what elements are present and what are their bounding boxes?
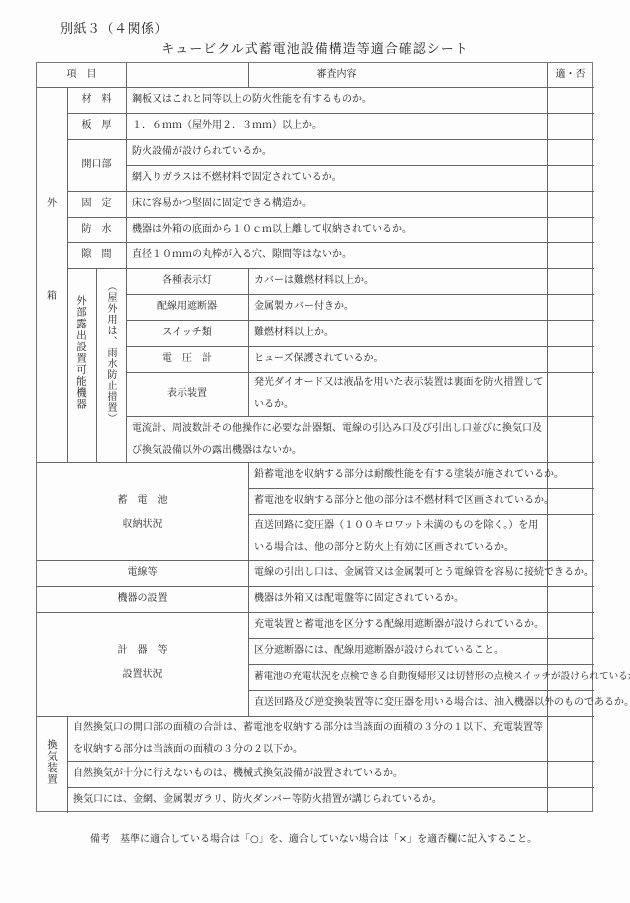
device-display: 表示装置 <box>126 372 248 416</box>
item-opening: 開口部 <box>67 152 126 178</box>
exposed-devices-label: 外部露出設置可能機器 <box>73 295 89 410</box>
content-voltmeter: ヒューズ保護されているか。 <box>254 346 384 372</box>
item-gap: 隙 間 <box>67 242 126 268</box>
col-divider <box>96 268 97 462</box>
section-label-battery-2: 収納状況 <box>37 512 248 538</box>
section-label-outer-bottom: 箱 <box>37 284 67 310</box>
document-title: キュービクル式蓄電池設備構造等適合確認シート <box>0 38 630 57</box>
content-ventilation-1: 自然換気口の開口部の面積の合計は、蓄電池を収納する部分は当該面の面積の３分の１以… <box>73 717 545 761</box>
content-opening-1: 防火設備が設けられているか。 <box>132 139 272 165</box>
item-material: 材 料 <box>67 87 126 113</box>
content-battery-1: 鉛蓄電池を収納する部分は耐酸性能を有する塗装が施されているか。 <box>254 462 564 488</box>
col-divider <box>248 268 249 416</box>
content-meters-3: 蓄電池の充電状況を点検できる自動復帰形又は切替形の点検スイッチが設けられているか… <box>254 664 630 690</box>
exposed-devices-sublabel: （屋外用は、雨水防止措置） <box>102 281 118 424</box>
content-circuit-breaker: 金属製カバー付きか。 <box>254 294 354 320</box>
content-thickness: １．６ｍｍ（屋外用２．３ｍｍ）以上か。 <box>132 113 322 139</box>
section-label-ventilation: 換気装置 <box>44 739 60 785</box>
section-label-battery-1: 蓄 電 池 <box>37 488 248 514</box>
section-label-meters-2: 設置状況 <box>37 662 248 688</box>
item-fixing: 固 定 <box>67 191 126 217</box>
content-other-exposed: 電流計、周波数計その他操作に必要な計器類、電線の引込み口及び引出し口並びに換気口… <box>132 418 544 462</box>
content-indicator-lamps: カバーは難燃材料以上か。 <box>254 268 374 294</box>
item-thickness: 板 厚 <box>67 113 126 139</box>
section-label-meters-1: 計 器 等 <box>37 638 248 664</box>
device-circuit-breaker: 配線用遮断器 <box>126 294 248 320</box>
content-ventilation-3: 換気口には、金網、金属製ガラリ、防火ダンパー等防火措置が講じられているか。 <box>73 787 442 813</box>
device-switches: スイッチ類 <box>126 320 248 346</box>
device-indicator-lamps: 各種表示灯 <box>126 268 248 294</box>
content-switches: 難燃材料以上か。 <box>254 320 334 346</box>
content-display: 発光ダイオード又は液晶を用いた表示装置は裏面を防火措置しているか。 <box>254 372 544 416</box>
content-battery-3: 直送回路に変圧器（１００キロワット未満のものを除く。）を用いる場合は、他の部分と… <box>254 515 544 559</box>
content-fixing: 床に容易かつ堅固に固定できる構造か。 <box>132 191 312 217</box>
content-meters-2: 区分遮断器には、配線用遮断器が設けられていること。 <box>254 638 504 664</box>
content-meters-4: 直送回路及び逆変換装置等に変圧器を用いる場合は、油入機器以外のものであるか。 <box>254 690 630 716</box>
content-opening-2: 網入りガラスは不燃材料で固定されているか。 <box>132 165 342 191</box>
checklist-table: 項 目 審査内容 適・否 外 箱 材 料 鋼板又はこれと同等以上の防火性能を有す… <box>36 62 593 812</box>
row-divider <box>126 416 594 417</box>
section-label-equipment: 機器の設置 <box>37 586 248 612</box>
section-label-outer-top: 外 <box>37 191 67 217</box>
content-ventilation-2: 自然換気が十分に行えないものは、機械式換気設備が設置されているか。 <box>73 761 403 787</box>
col-divider <box>248 462 249 716</box>
col-divider <box>67 87 68 462</box>
header-item: 項 目 <box>37 63 126 87</box>
footnote: 備考 基準に適合している場合は「○」を、適合していない場合は「×」を適否欄に記入… <box>90 830 537 845</box>
content-meters-1: 充電装置と蓄電池を区分する配線用遮断器が設けられているか。 <box>254 612 544 638</box>
content-wiring: 電線の引出し口は、金属管又は金属製可とう電線管を容易に接続できるか。 <box>254 560 594 586</box>
content-waterproof: 機器は外箱の底面から１０ｃｍ以上離して収納されているか。 <box>132 217 412 243</box>
device-voltmeter: 電 圧 計 <box>126 346 248 372</box>
appendix-label: 別紙３（４関係） <box>60 18 168 37</box>
item-waterproof: 防 水 <box>67 217 126 243</box>
content-gap: 直径１０ｍｍの丸棒が入る穴、隙間等はないか。 <box>132 242 352 268</box>
content-battery-2: 蓄電池を収納する部分と他の部分は不燃材料で区画されているか。 <box>254 488 554 514</box>
header-content: 審査内容 <box>126 63 547 87</box>
header-result: 適・否 <box>547 63 594 87</box>
section-label-wiring: 電線等 <box>37 560 248 586</box>
content-equipment: 機器は外箱又は配電盤等に固定されているか。 <box>254 586 464 612</box>
content-material: 鋼板又はこれと同等以上の防火性能を有するものか。 <box>132 87 372 113</box>
col-divider <box>67 716 68 813</box>
